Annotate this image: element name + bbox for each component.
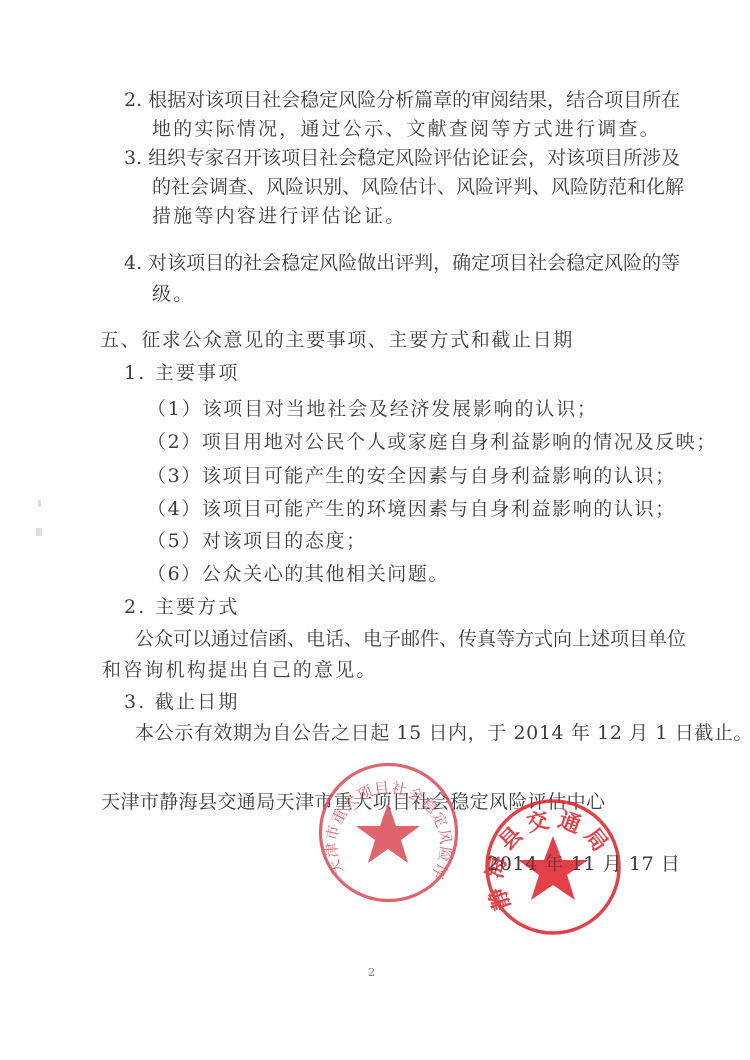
- point-6: （6）公众关心的其他相关问题。: [147, 563, 449, 585]
- item-2-line-2: 地的实际情况，通过公示、文献查阅等方式进行调查。: [152, 118, 661, 140]
- item-3-line-3: 措施等内容进行评估论证。: [152, 205, 406, 227]
- point-3: （3）该项目可能产生的安全因素与自身利益影响的认识；: [147, 465, 676, 487]
- sub-2-line-1: 公众可以通过信函、电话、电子邮件、传真等方式向上述项目单位: [135, 628, 633, 650]
- sub-1-title: 1. 主要事项: [124, 362, 240, 384]
- sub-2-title: 2. 主要方式: [124, 596, 240, 618]
- point-1: （1）该项目对当地社会及经济发展影响的认识；: [147, 398, 598, 420]
- sub-3-title: 3. 截止日期: [124, 691, 240, 713]
- sub-2-line-2: 和咨询机构提出自己的意见。: [102, 659, 378, 681]
- item-3-line-1: 3. 组织专家召开该项目社会稳定风险评估论证会，对该项目所涉及: [124, 147, 632, 169]
- item-4-line-2: 级。: [152, 283, 194, 305]
- scan-artifact: [38, 500, 41, 507]
- item-3-line-2: 的社会调查、风险识别、风险估计、风险评判、风险防范和化解: [152, 176, 632, 198]
- document-page: 2. 根据对该项目社会稳定风险分析篇章的审阅结果，结合项目所在 地的实际情况，通…: [0, 0, 750, 1060]
- section-5-heading: 五、征求公众意见的主要事项、主要方式和截止日期: [100, 329, 574, 351]
- point-2: （2）项目用地对公民个人或家庭自身利益影响的情况及反映；: [147, 431, 717, 453]
- scan-artifact: [36, 528, 42, 536]
- signature-date-overlay: 2014 年 11 月 17 日: [487, 853, 681, 875]
- official-stamp-risk-center: 天津市重大项目社会稳定风险评估中心: [316, 760, 461, 905]
- point-5: （5）对该项目的态度；: [147, 530, 367, 552]
- point-4: （4）该项目可能产生的环境因素与自身利益影响的认识；: [147, 498, 676, 520]
- sub-3-text: 本公示有效期为自公告之日起 15 日内，于 2014 年 12 月 1 日截止。: [135, 722, 750, 744]
- item-4-line-1: 4. 对该项目的社会稳定风险做出评判，确定项目社会稳定风险的等: [124, 252, 632, 274]
- item-2-line-1: 2. 根据对该项目社会稳定风险分析篇章的审阅结果，结合项目所在: [124, 89, 632, 111]
- page-number: 2: [368, 966, 375, 979]
